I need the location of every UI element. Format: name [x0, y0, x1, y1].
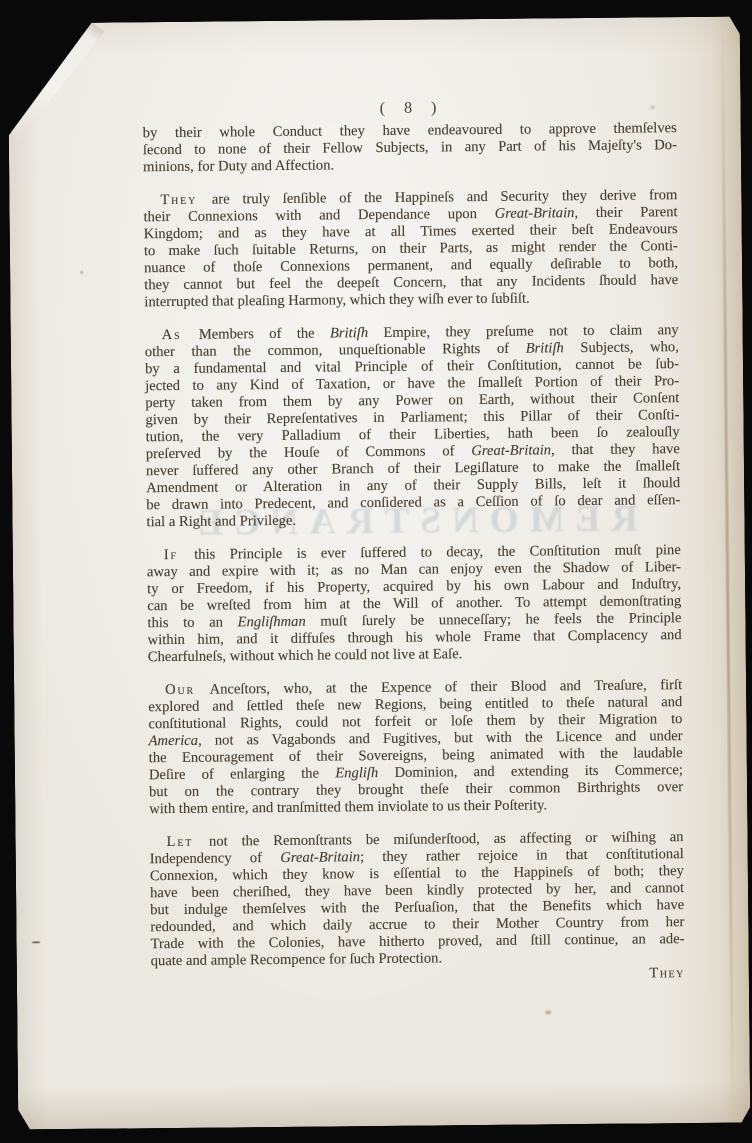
- italic-text: America: [149, 733, 199, 749]
- leadword-text: If: [164, 547, 178, 563]
- paragraph: As Members of the Britiſh Empire, they p…: [145, 322, 681, 531]
- paper-speck: [545, 1010, 551, 1014]
- italic-text: Britiſh: [330, 325, 368, 341]
- page-corner-fold: [7, 22, 108, 149]
- paragraph: If this Principle is ever ſuffered to de…: [147, 542, 682, 666]
- italic-text: Great-Britain: [495, 205, 575, 222]
- leadword-text: They: [160, 192, 197, 208]
- italic-text: Britiſh: [526, 340, 564, 356]
- paragraph-list: by their whole Conduct they have endeavo…: [143, 120, 685, 970]
- paper-speck: [651, 105, 655, 109]
- paragraph: by their whole Conduct they have endeavo…: [143, 120, 677, 176]
- photo-background: REMONSTRANCE ( 8 ) by their whole Conduc…: [0, 0, 752, 1143]
- page-text: by their whole Conduct they have endeavo…: [143, 120, 685, 987]
- paper-speck: [32, 941, 41, 943]
- page-edge-crease: [721, 17, 735, 1123]
- paper-speck: [80, 271, 83, 274]
- italic-text: Engliſh: [335, 765, 378, 781]
- page-number: ( 8 ): [142, 97, 676, 120]
- book-page: REMONSTRANCE ( 8 ) by their whole Conduc…: [8, 17, 751, 1130]
- italic-text: Great-Britain: [280, 849, 360, 866]
- leadword-text: As: [162, 327, 182, 343]
- paragraph: They are truly ſenſible of the Happineſs…: [143, 187, 678, 311]
- leadword-text: Our: [165, 682, 195, 698]
- paragraph: Let not the Remonſtrants be miſunderſtoo…: [149, 829, 684, 970]
- paragraph: Our Anceſtors, who, at the Expence of th…: [148, 677, 683, 818]
- leadword-text: Let: [166, 834, 193, 850]
- italic-text: Engliſhman: [238, 614, 306, 631]
- italic-text: Great-Britain: [471, 442, 551, 459]
